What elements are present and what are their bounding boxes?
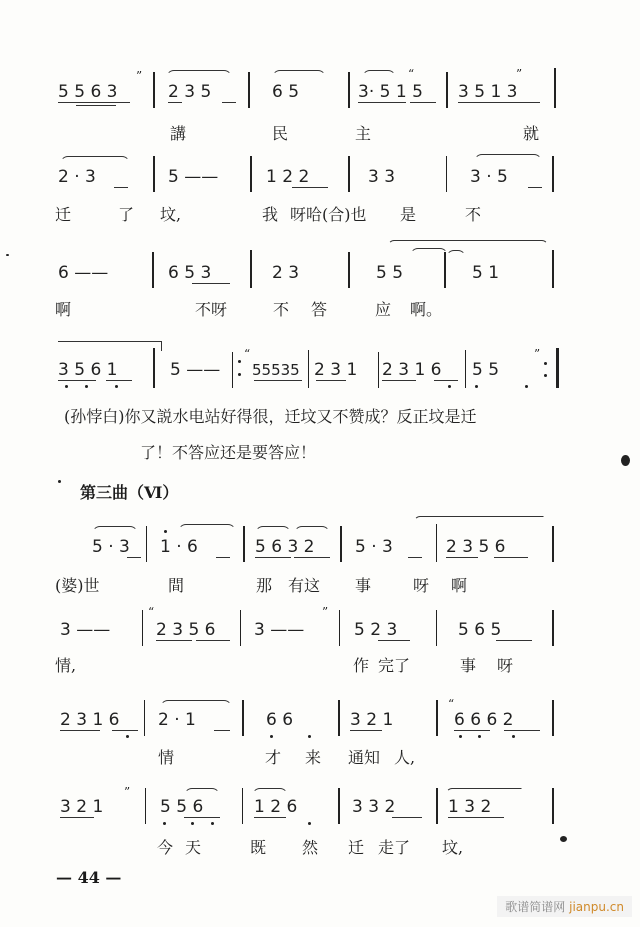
quote-mark: “ xyxy=(244,348,250,360)
lyric: 間 xyxy=(168,576,184,596)
lyric: 完了 xyxy=(378,656,410,676)
underline xyxy=(358,102,406,103)
underline xyxy=(58,380,96,381)
underline xyxy=(316,380,346,381)
measure-notes: 5 5 6 xyxy=(160,797,203,817)
quote-mark: “ xyxy=(408,68,414,80)
measure-notes: 2 3 xyxy=(272,263,299,283)
low-octave-dot xyxy=(85,385,88,388)
bar-line xyxy=(250,250,252,288)
section-title: 第三曲（Ⅵ） xyxy=(80,480,178,503)
bar-line xyxy=(153,156,155,192)
measure-notes: 6 6 xyxy=(266,710,293,730)
low-octave-dot xyxy=(163,822,166,825)
lyric: 主 xyxy=(355,124,371,144)
lyric: 情 xyxy=(158,748,174,768)
slur xyxy=(178,524,236,532)
lyric: 才 xyxy=(265,748,281,768)
underline xyxy=(192,283,230,284)
bar-line xyxy=(554,68,556,108)
measure-notes: 6 6 6 2 xyxy=(454,710,513,730)
measure-notes: 5 5 xyxy=(472,360,499,380)
measure-notes: 5 · 3 xyxy=(92,537,130,557)
lyric: 不 xyxy=(465,205,481,225)
bar-line xyxy=(552,526,554,562)
lyric: 答 xyxy=(311,300,327,320)
bar-line xyxy=(378,352,379,388)
watermark: 歌谱简谱网 jianpu.cn xyxy=(497,896,632,917)
bar-line xyxy=(153,348,155,388)
bar-line xyxy=(142,610,143,646)
underline xyxy=(114,187,128,188)
slur xyxy=(160,700,232,708)
underline xyxy=(214,730,230,731)
underline xyxy=(504,730,540,731)
lyric: 啊 xyxy=(55,300,71,320)
slur xyxy=(92,526,138,534)
underline xyxy=(58,102,130,103)
quote-mark: ” xyxy=(136,70,142,82)
bar-line xyxy=(339,610,340,646)
repeat-dot xyxy=(238,360,241,363)
measure-notes: 5 5 6 3 xyxy=(58,82,117,102)
lyric: (婆)世 xyxy=(55,576,100,596)
measure-notes: 3 —— xyxy=(60,620,110,640)
measure-notes: 2 3 5 6 xyxy=(446,537,505,557)
underline xyxy=(222,102,236,103)
measure-notes: 2 3 1 xyxy=(314,360,357,380)
lyric: 我 xyxy=(262,205,278,225)
lyric: 不呀 xyxy=(195,300,227,320)
low-octave-dot xyxy=(512,735,515,738)
high-octave-dot xyxy=(164,530,167,533)
lyric: 是 xyxy=(400,205,416,225)
underline xyxy=(168,102,182,103)
lyric: 坟, xyxy=(442,838,463,858)
dialogue-line: (孙悖白)你又説水电站好得很，迁坟又不赞成？反正坟是迁 xyxy=(64,406,477,428)
underline xyxy=(496,640,532,641)
measure-notes: 3 3 xyxy=(368,167,395,187)
lyric: 事 xyxy=(355,576,371,596)
measure-notes: 3 2 1 xyxy=(350,710,393,730)
underline xyxy=(448,817,504,818)
slur xyxy=(362,70,396,78)
lyric: 了 xyxy=(118,205,134,225)
lyric: 通知 xyxy=(348,748,380,768)
measure-notes: 1 · 6 xyxy=(160,537,198,557)
repeat-dot xyxy=(544,374,547,377)
underline xyxy=(392,817,422,818)
low-octave-dot xyxy=(448,385,451,388)
bar-line xyxy=(446,156,447,192)
quote-mark: ” xyxy=(516,68,522,80)
slur xyxy=(410,248,448,256)
quote-mark: “ xyxy=(148,606,154,618)
volta-bracket xyxy=(58,341,162,351)
lyric: 啊 xyxy=(451,576,467,596)
underline xyxy=(446,557,478,558)
repeat-end-bar xyxy=(556,348,559,388)
lyric: 民 xyxy=(272,124,288,144)
underline xyxy=(127,557,141,558)
measure-notes: 2 · 3 xyxy=(58,167,96,187)
slur xyxy=(255,526,291,534)
dialogue-line: 了！不答应还是要答应！ xyxy=(140,442,316,464)
underline xyxy=(292,187,328,188)
underline xyxy=(60,817,94,818)
lyric: 情, xyxy=(55,656,76,676)
lyric: 来 xyxy=(305,748,321,768)
measure-notes: 3 3 2 xyxy=(352,797,395,817)
quote-mark: “ xyxy=(448,698,454,710)
lyric: 今 xyxy=(157,838,173,858)
underline xyxy=(458,102,540,103)
measure-notes: 1 3 2 xyxy=(448,797,491,817)
slur xyxy=(166,70,232,78)
watermark-site: 歌谱简谱网 xyxy=(505,900,565,914)
underline xyxy=(60,730,100,731)
slur xyxy=(252,788,288,796)
low-octave-dot xyxy=(65,385,68,388)
underline xyxy=(528,187,542,188)
bar-line xyxy=(153,72,155,108)
underline xyxy=(106,380,132,381)
low-octave-dot xyxy=(478,735,481,738)
lyric: 人, xyxy=(394,748,415,768)
underline xyxy=(76,105,116,106)
lyric: 作 xyxy=(353,656,369,676)
bar-line xyxy=(338,788,340,824)
bar-line xyxy=(152,252,154,288)
slur xyxy=(60,156,130,164)
underline xyxy=(494,557,528,558)
measure-notes: 1 2 6 xyxy=(254,797,297,817)
bar-line xyxy=(250,156,252,192)
underline xyxy=(196,640,230,641)
measure-notes: 2 · 1 xyxy=(158,710,196,730)
measure-notes: 2 3 5 xyxy=(168,82,211,102)
quote-mark: ” xyxy=(322,606,328,618)
quote-mark: ” xyxy=(534,348,540,360)
bar-line xyxy=(552,610,554,646)
ink-speck xyxy=(58,480,61,483)
bar-line xyxy=(348,72,350,108)
slur xyxy=(446,788,522,796)
bar-line xyxy=(552,156,554,192)
bar-line xyxy=(348,156,350,192)
measure-notes: 3· 5 1 5 xyxy=(358,82,423,102)
lyric: 既 xyxy=(250,838,266,858)
lyric: 呀哈(合)也 xyxy=(290,205,367,225)
measure-notes: 5 2 3 xyxy=(354,620,397,640)
bar-line xyxy=(232,352,233,388)
measure-notes: 6 —— xyxy=(58,263,108,283)
underline xyxy=(254,380,302,381)
low-octave-dot xyxy=(270,735,273,738)
bar-line xyxy=(248,72,250,108)
low-octave-dot xyxy=(459,735,462,738)
underline xyxy=(255,557,291,558)
measure-notes: 2 3 5 6 xyxy=(156,620,215,640)
lyric: 呀 xyxy=(413,576,429,596)
low-octave-dot xyxy=(525,385,528,388)
bar-line xyxy=(308,350,309,388)
measure-notes: 2 3 1 6 xyxy=(382,360,441,380)
lyric: 然 xyxy=(302,838,318,858)
bar-line xyxy=(436,524,437,562)
lyric: 坟, xyxy=(160,205,181,225)
underline xyxy=(382,380,416,381)
lyric: 走了 xyxy=(378,838,410,858)
measure-notes: 5 5 xyxy=(376,263,403,283)
low-octave-dot xyxy=(115,385,118,388)
measure-notes: 5 6 3 2 xyxy=(255,537,314,557)
lyric: 迁 xyxy=(55,205,71,225)
lyric: 迁 xyxy=(348,838,364,858)
lyric: 就 xyxy=(523,124,539,144)
measure-notes: 6 5 3 xyxy=(168,263,211,283)
measure-notes: 3 2 1 xyxy=(60,797,103,817)
measure-notes: 3 5 1 3 xyxy=(458,82,517,102)
lyric: 不 xyxy=(273,300,289,320)
underline xyxy=(350,730,382,731)
low-octave-dot xyxy=(126,735,129,738)
slur xyxy=(474,154,542,162)
bar-line xyxy=(240,610,241,646)
bar-line xyxy=(348,252,350,288)
lyric: 有这 xyxy=(288,576,320,596)
underline xyxy=(184,817,220,818)
measure-notes: 3 5 6 1 xyxy=(58,360,117,380)
bar-line xyxy=(552,700,554,736)
lyric: 那 xyxy=(256,576,272,596)
low-octave-dot xyxy=(211,822,214,825)
repeat-dot xyxy=(238,373,241,376)
bar-line xyxy=(552,788,554,824)
lyric: 講 xyxy=(170,124,186,144)
underline xyxy=(410,102,436,103)
repeat-dot xyxy=(544,362,547,365)
watermark-url: jianpu.cn xyxy=(569,900,624,914)
long-slur xyxy=(414,516,544,524)
lyric: 应 xyxy=(375,300,391,320)
low-octave-dot xyxy=(308,735,311,738)
lyric: 啊。 xyxy=(410,300,442,320)
bar-line xyxy=(144,700,145,736)
ink-blot xyxy=(560,836,567,842)
measure-notes: 5 —— xyxy=(168,167,218,187)
bar-line xyxy=(436,700,438,736)
bar-line xyxy=(446,72,448,108)
underline xyxy=(216,557,230,558)
bar-line xyxy=(338,700,340,736)
underline xyxy=(112,730,138,731)
quote-mark: ” xyxy=(124,786,130,798)
underline xyxy=(454,730,490,731)
bar-line xyxy=(436,788,438,824)
measure-notes: 2 3 1 6 xyxy=(60,710,119,730)
low-octave-dot xyxy=(308,822,311,825)
ink-blot xyxy=(621,455,630,466)
measure-notes: 1 2 2 xyxy=(266,167,309,187)
lyric: 呀 xyxy=(497,656,513,676)
low-octave-dot xyxy=(191,822,194,825)
underline xyxy=(156,640,192,641)
bar-line xyxy=(145,788,146,824)
measure-notes: 5 —— xyxy=(170,360,220,380)
underline xyxy=(378,640,410,641)
underline xyxy=(254,817,286,818)
underline xyxy=(294,557,330,558)
underline xyxy=(434,380,458,381)
slur xyxy=(184,788,220,796)
bar-line xyxy=(436,610,437,646)
bar-line xyxy=(552,250,554,288)
slur xyxy=(294,526,330,534)
bar-line xyxy=(243,526,245,562)
measure-notes: 5 1 xyxy=(472,263,499,283)
slur xyxy=(446,250,466,258)
ink-speck xyxy=(6,254,9,256)
bar-line xyxy=(242,788,243,824)
measure-notes: 55535 xyxy=(252,360,300,380)
bar-line xyxy=(340,526,342,562)
measure-notes: 3 —— xyxy=(254,620,304,640)
music-score-page: 5 5 6 3 ” 2 3 5 6 5 3· 5 1 5 “ 3 5 1 3 ”… xyxy=(0,0,640,927)
lyric: 事 xyxy=(460,656,476,676)
bar-line xyxy=(465,350,466,388)
long-slur xyxy=(388,240,548,248)
page-number: — 44 — xyxy=(56,868,121,887)
low-octave-dot xyxy=(475,385,478,388)
measure-notes: 5 6 5 xyxy=(458,620,501,640)
lyric: 天 xyxy=(185,838,201,858)
measure-notes: 5 · 3 xyxy=(355,537,393,557)
measure-notes: 3 · 5 xyxy=(470,167,508,187)
measure-notes: 6 5 xyxy=(272,82,299,102)
bar-line xyxy=(242,700,244,736)
underline xyxy=(408,557,422,558)
slur xyxy=(272,70,326,78)
bar-line xyxy=(146,526,147,562)
